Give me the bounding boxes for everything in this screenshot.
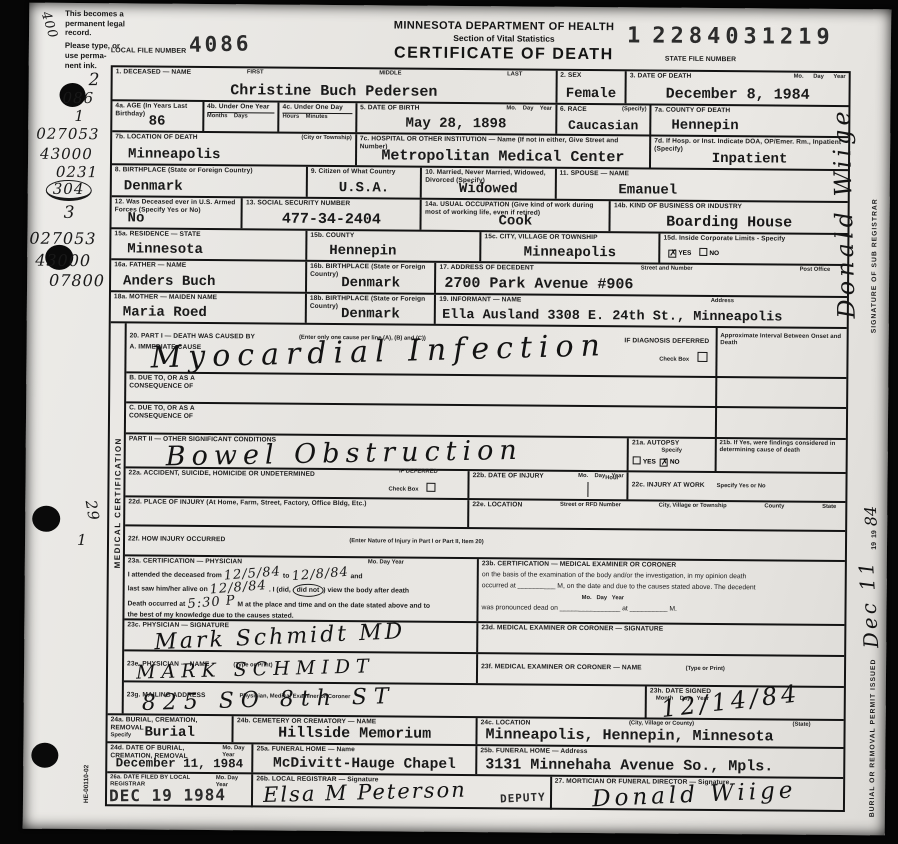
field-local-registrar-signature: 26b. LOCAL REGISTRAR — Signature Elsa M …: [253, 774, 552, 809]
registrar-signature-handwriting: Elsa M Peterson: [263, 780, 467, 807]
sub-registrar-label: SIGNATURE OF SUB REGISTRAR: [871, 198, 879, 333]
field-under-one-year: 4b. Under One Year Months Days: [204, 102, 280, 132]
field-under-one-day: 4c. Under One Day Hours Minutes: [279, 103, 357, 133]
margin-handwriting: 29: [83, 499, 101, 522]
field-father-name: 16a. FATHER — NAME Anders Buch: [111, 260, 307, 292]
part2-conditions: PART II — OTHER SIGNIFICANT CONDITIONS B…: [126, 434, 629, 470]
field-burial-type: 24a. BURIAL, CREMATION, REMOVAL Specify …: [107, 715, 234, 742]
field-county-of-death: 7a. COUNTY OF DEATH Hennepin: [651, 106, 848, 137]
margin-handwriting: 027053: [29, 231, 96, 248]
field-autopsy: 21a. AUTOPSY Specify YES✗NO: [629, 438, 717, 471]
autopsy-yes-checkbox: [633, 456, 641, 464]
physician-name-handwriting: MARK SCHMIDT: [136, 657, 375, 682]
field-date-signed: 23h. DATE SIGNED Month Day Year 12/14/84: [647, 687, 844, 720]
field-how-injury-occurred: 22f. HOW INJURY OCCURRED (Enter Nature o…: [125, 526, 845, 560]
burial-permit-label: BURIAL OR REMOVAL PERMIT ISSUED: [869, 659, 877, 818]
field-mortician-signature: 27. MORTICIAN OR FUNERAL DIRECTOR — Sign…: [552, 777, 844, 812]
hole-punch: [31, 743, 58, 768]
field-residence-city: 15c. CITY, VILLAGE OR TOWNSHIP Minneapol…: [481, 232, 660, 262]
autopsy-no-checkbox-checked: ✗: [660, 459, 668, 467]
accident-deferred-checkbox: [427, 483, 436, 492]
handwritten-time: 5:30 P: [187, 594, 236, 611]
field-injury-location: 22e. LOCATION Street or RFD Number City,…: [469, 500, 845, 530]
field-cemetery: 24b. CEMETERY OR CREMATORY — NAME Hillsi…: [234, 716, 478, 744]
permit-19: 19: [871, 542, 878, 550]
local-file-number: 4086: [189, 33, 252, 56]
field-date-of-birth: 5. DATE OF BIRTHMo. Day Year May 28, 189…: [357, 103, 557, 134]
margin-handwriting: 43000: [40, 147, 93, 162]
field-coroner-signature: 23d. MEDICAL EXAMINER OR CORONER — SIGNA…: [478, 623, 844, 655]
medical-certification-section: MEDICAL CERTIFICATION 20. PART I — DEATH…: [108, 323, 847, 719]
field-deceased-name: 1. DECEASED — NAME FIRST MIDDLE LAST Chr…: [113, 67, 558, 102]
field-accident-suicide: 22a. ACCIDENT, SUICIDE, HOMICIDE OR UNDE…: [125, 468, 469, 498]
deputy-stamp: DEPUTY: [500, 792, 546, 805]
date-filed-stamp: DEC 19 1984: [109, 787, 226, 804]
margin-handwriting: 400: [39, 10, 60, 40]
field-ssn: 13. SOCIAL SECURITY NUMBER 477-34-2404: [243, 198, 422, 229]
field-armed-forces: 12. Was Deceased ever in U.S. Armed Forc…: [111, 197, 243, 228]
part2-handwriting: Bowel Obstruction: [166, 437, 524, 471]
burial-permit-line: BURIAL OR REMOVAL PERMIT ISSUED Dec 11 1…: [857, 506, 881, 818]
field-race: 6. RACE(Specify) Caucasian: [557, 105, 652, 135]
margin-handwriting: 086: [62, 91, 94, 106]
handwritten-date: 12/8/84: [291, 566, 349, 583]
no-label: NO: [709, 250, 719, 257]
yes-label: YES: [678, 250, 691, 257]
field-mother-birthplace: 18b. BIRTHPLACE (State or Foreign Countr…: [307, 294, 437, 324]
margin-handwriting: 1: [74, 109, 85, 124]
dept-title: MINNESOTA DEPARTMENT OF HEALTH: [359, 19, 649, 33]
field-hospital: 7c. HOSPITAL OR OTHER INSTITUTION — Name…: [357, 134, 652, 167]
field-marital-status: 10. Married, Never Married, Widowed, Div…: [422, 168, 557, 199]
no-checkbox: [699, 248, 707, 256]
margin-handwriting: 1: [77, 533, 88, 548]
field-residence-county: 15b. COUNTY Hennepin: [307, 231, 481, 261]
field-occupation: 14a. USUAL OCCUPATION (Give kind of work…: [422, 200, 611, 231]
medical-certification-label: MEDICAL CERTIFICATION: [113, 437, 123, 568]
field-sex: 2. SEX Female: [557, 71, 627, 104]
death-certificate-scan: This becomes a permanent legal record. P…: [23, 3, 891, 836]
field-place-of-injury: 22d. PLACE OF INJURY (At Home, Farm, Str…: [125, 497, 469, 527]
field-burial-location: 24c. LOCATION(City, Village or County)(S…: [477, 718, 843, 747]
part1-immediate-cause: 20. PART I — DEATH WAS CAUSED BY (Enter …: [126, 323, 717, 376]
deferred-checkbox: [697, 352, 707, 362]
field-citizen: 9. Citizen of What Country U.S.A.: [308, 167, 423, 198]
field-location-of-death: 7b. LOCATION OF DEATH(City or Township) …: [112, 132, 357, 165]
doc-title: CERTIFICATE OF DEATH: [359, 44, 649, 64]
field-decedent-address: 17. ADDRESS OF DECEDENTStreet and Number…: [436, 263, 847, 296]
field-funeral-home-address: 25b. FUNERAL HOME — Address 3131 Minneha…: [477, 746, 843, 777]
margin-handwriting: 0231: [56, 165, 98, 180]
field-birthplace: 8. BIRTHPLACE (State or Foreign Country)…: [112, 165, 308, 197]
field-business: 14b. KIND OF BUSINESS OR INDUSTRY Boardi…: [611, 201, 848, 233]
margin-handwriting: 2: [89, 72, 101, 89]
header-center: MINNESOTA DEPARTMENT OF HEALTH Section o…: [359, 19, 649, 64]
field-father-birthplace: 16b. BIRTHPLACE (State or Foreign Countr…: [307, 262, 437, 293]
field-spouse: 11. SPOUSE — NAME Emanuel: [556, 169, 848, 201]
field-mother-name: 18a. MOTHER — MAIDEN NAME Maria Roed: [111, 292, 307, 323]
dept-section: Section of Vital Statistics: [359, 32, 649, 44]
mortician-signature-handwriting: Donald Wiige: [591, 779, 796, 811]
form-code: HE-00110-02: [83, 765, 90, 803]
field-mailing-address: 23g. MAILING ADDRESS Physician, Medical …: [124, 682, 647, 717]
local-file-number-label: LOCAL FILE NUMBER: [111, 47, 187, 56]
sub-registrar-signature-handwriting: Donald Wiige: [827, 107, 861, 319]
margin-handwriting: 027053: [36, 127, 99, 142]
certificate-form: 1. DECEASED — NAME FIRST MIDDLE LAST Chr…: [105, 65, 851, 812]
field-physician-name: 23e. PHYSICIAN — NAME (Type or Print) MA…: [124, 651, 478, 683]
field-corporate-limits: 15d. Inside Corporate Limits - Specify ✗…: [660, 234, 847, 264]
margin-handwriting: 07800: [49, 273, 105, 289]
part1-due-to-c: C. DUE TO, OR AS A CONSEQUENCE OF: [126, 403, 717, 437]
field-funeral-home: 25a. FUNERAL HOME — Name McDivitt-Hauge …: [253, 744, 477, 774]
margin-handwriting-circled: 304: [46, 180, 92, 201]
field-date-of-injury: 22b. DATE OF INJURYMo. Day Year Hour: [469, 471, 628, 499]
field-physician-signature: 23c. PHYSICIAN — SIGNATURE Mark Schmidt …: [124, 620, 478, 652]
margin-handwriting: 3: [64, 205, 76, 222]
field-autopsy-findings: 21b. If Yes, were findings considered in…: [716, 439, 846, 472]
part1-interval-column: Approximate Interval Between Onset and D…: [717, 328, 847, 377]
mailing-address-handwriting: 825 SO 8th ST: [142, 686, 396, 715]
part1-due-to-b: B. DUE TO, OR AS A CONSEQUENCE OF: [126, 373, 717, 406]
field-date-filed: 26a. DATE FILED BY LOCAL REGISTRARMo. Da…: [107, 773, 253, 807]
field-age: 4a. AGE (In Years Last Birthday) 86: [112, 101, 204, 131]
margin-notice: This becomes a permanent legal record. P…: [65, 9, 125, 71]
state-file-number: 1 2284031219: [627, 25, 835, 49]
part1-interval-b: [717, 378, 847, 407]
field-doa-inpatient: 7d. If Hosp. or Inst. Indicate DOA, OP/E…: [651, 137, 848, 170]
hole-punch: [32, 506, 60, 532]
field-residence-state: 15a. RESIDENCE — STATE Minnesota: [111, 229, 307, 260]
permit-date-handwriting: Dec 11: [856, 559, 881, 649]
field-date-of-death: 3. DATE OF DEATHMo. Day Year December 8,…: [627, 71, 849, 105]
field-certification-physician: 23a. CERTIFICATION — PHYSICIANMo. Day Ye…: [124, 556, 479, 621]
state-file-number-label: STATE FILE NUMBER: [665, 56, 736, 65]
field-certification-coroner: 23b. CERTIFICATION — MEDICAL EXAMINER OR…: [478, 559, 844, 624]
permit-year-handwriting: 84: [863, 505, 880, 526]
field-injury-at-work: 22c. INJURY AT WORK Specify Yes or No: [629, 472, 846, 501]
yes-checkbox-checked: ✗: [668, 250, 676, 258]
field-burial-date: 24d. DATE OF BURIAL, CREMATION, REMOVALM…: [107, 743, 253, 772]
did-not-circled: did not: [293, 584, 324, 597]
field-informant: 19. INFORMANT — NAMEAddress Ella Ausland…: [436, 295, 847, 327]
part1-interval-c: [717, 408, 847, 438]
margin-handwriting: 43000: [35, 253, 91, 269]
